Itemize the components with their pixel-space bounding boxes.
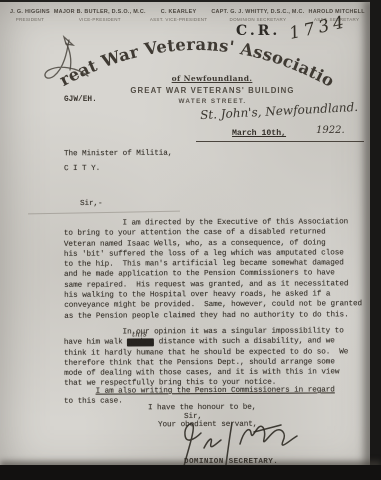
reference-initials: GJW/EH. — [64, 96, 97, 104]
pen-checkmark-icon — [36, 30, 106, 88]
scan-edge-top — [0, 0, 381, 2]
paragraph-3-underlined-line: I am also writing the Pension Commission… — [96, 386, 335, 395]
paragraph-3-indent — [64, 388, 96, 396]
pencil-mark-line — [28, 211, 180, 215]
correction-wrap: such athis — [127, 338, 154, 348]
paper: J. G. HIGGINS PRESIDENT MAJOR B. BUTLER,… — [0, 0, 381, 480]
officer-title: ASST. VICE-PRESIDENT — [150, 17, 208, 22]
officer-name: MAJOR B. BUTLER, D.S.O., M.C. — [54, 9, 146, 15]
scan-edge-bottom — [0, 465, 381, 480]
letterhead-building: GREAT WAR VETERANS' BUILDING — [110, 86, 315, 95]
date-line: March 10th, 1922. — [196, 128, 364, 142]
officer-dominion-secretary: CAPT. G. J. WHITTY, D.S.C., M.C. DOMINIO… — [209, 9, 306, 22]
paragraph-2: In our opinion it was a singular impossi… — [64, 326, 376, 389]
officer-vice-president: MAJOR B. BUTLER, D.S.O., M.C. VICE-PRESI… — [52, 9, 148, 22]
scan-edge-right — [370, 0, 381, 480]
officer-title: VICE-PRESIDENT — [54, 17, 146, 22]
org-subtitle: of Newfoundland. — [147, 74, 277, 83]
officer-asst-vice-president: C. KEARLEY ASST. VICE-PRESIDENT — [148, 9, 210, 22]
officer-president: J. G. HIGGINS PRESIDENT — [8, 9, 52, 22]
paragraph-1: I am directed by the Executive of this A… — [64, 217, 377, 322]
closing-honour: I have the honour to be, — [148, 403, 256, 414]
scanned-letter: J. G. HIGGINS PRESIDENT MAJOR B. BUTLER,… — [0, 0, 381, 480]
officer-name: J. G. HIGGINS — [10, 9, 50, 15]
officer-title: DOMINION SECRETARY — [211, 17, 304, 22]
handwritten-correction: this — [132, 330, 147, 340]
officer-name: C. KEARLEY — [150, 9, 208, 15]
recipient-line-2: C I T Y. — [64, 164, 100, 174]
recipient-line-1: The Minister of Militia, — [64, 149, 172, 160]
officer-name: CAPT. G. J. WHITTY, D.S.C., M.C. — [211, 9, 304, 15]
officer-title: PRESIDENT — [10, 17, 50, 22]
salutation: Sir,- — [80, 199, 103, 209]
date-text: March 10th, — [232, 129, 286, 138]
cr-stamp: C.R. — [236, 23, 280, 39]
year-text: 1922. — [316, 125, 345, 136]
